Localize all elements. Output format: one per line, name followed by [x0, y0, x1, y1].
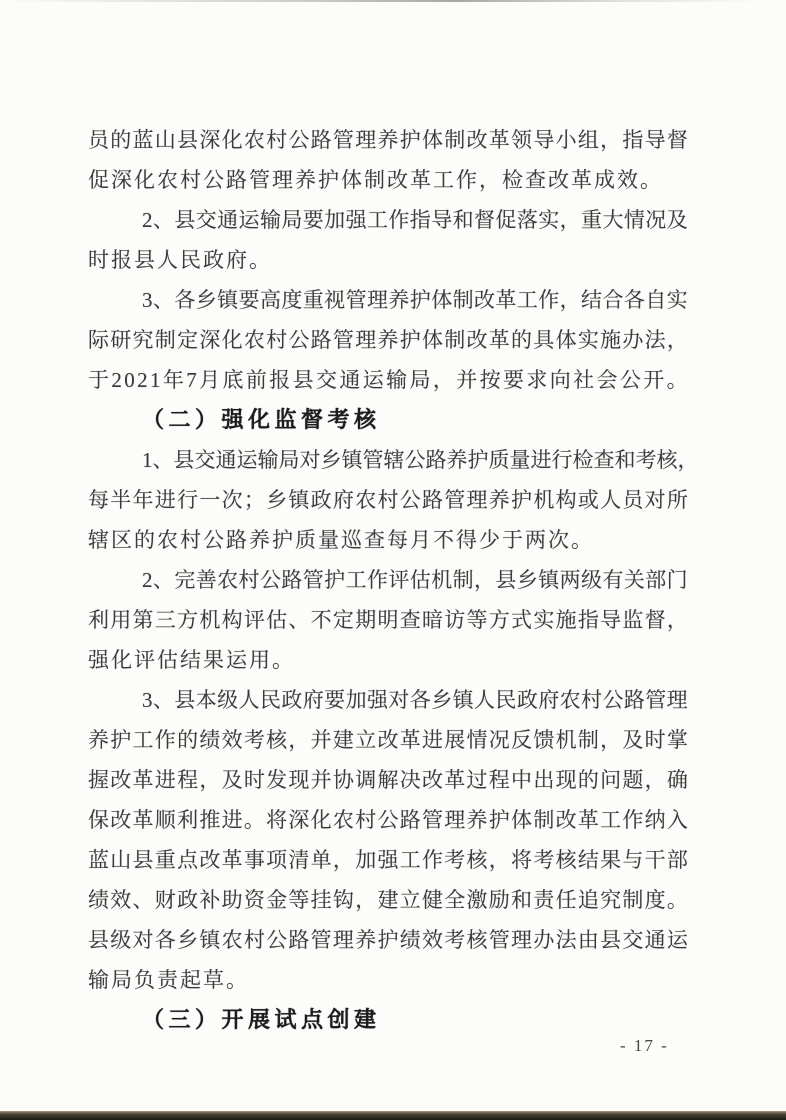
glyph: 出 [533, 760, 554, 800]
glyph: 评 [388, 560, 409, 600]
glyph: 交 [195, 440, 216, 480]
glyph: 进 [155, 480, 176, 520]
glyph: 改 [377, 720, 398, 760]
glyph: 公 [266, 920, 287, 960]
glyph: 情 [467, 720, 488, 760]
glyph: 路 [281, 560, 302, 600]
glyph: 核 [657, 440, 678, 480]
glyph: 输 [258, 440, 279, 480]
glyph: 、 [153, 680, 174, 720]
glyph: 强 [377, 840, 398, 880]
glyph: 公 [400, 480, 421, 520]
glyph: 乡 [431, 680, 452, 720]
glyph: 利 [88, 600, 109, 640]
glyph: 运 [239, 200, 260, 240]
glyph: 法 [556, 920, 577, 960]
glyph: 果 [600, 840, 621, 880]
glyph: 级 [217, 680, 238, 720]
glyph: 行 [552, 440, 573, 480]
glyph: 路 [288, 920, 309, 960]
document-body: 员的蓝山县深化农村公路管理养护体制改革领导小组，指导督促深化农村公路管理养护体制… [88, 120, 688, 1040]
text-line: 3、县本级人民政府要加强对各乡镇人民政府农村公路管理 [88, 680, 688, 720]
glyph: 3 [142, 680, 153, 720]
glyph: 农 [244, 320, 265, 360]
glyph: 善 [196, 560, 217, 600]
glyph: 加 [324, 200, 345, 240]
glyph: 考 [444, 840, 465, 880]
text-line: 2、完善农村公路管护工作评估机制，县乡镇两级有关部门 [88, 560, 688, 600]
glyph: 导 [431, 200, 452, 240]
glyph: 县 [495, 560, 516, 600]
glyph: 考 [244, 720, 265, 760]
glyph: 中 [511, 760, 532, 800]
glyph: ， [489, 840, 510, 880]
glyph: 制 [453, 280, 474, 320]
glyph: 农 [333, 800, 354, 840]
glyph: 2 [111, 360, 122, 400]
glyph: 管 [303, 560, 324, 600]
glyph: 化 [222, 120, 243, 160]
glyph: 工 [517, 280, 538, 320]
glyph: 机 [431, 560, 452, 600]
glyph: 要 [324, 680, 345, 720]
glyph: 人 [474, 680, 495, 720]
glyph: 的 [578, 760, 599, 800]
glyph: 导 [533, 120, 554, 160]
glyph: 管 [489, 920, 510, 960]
glyph: 现 [288, 760, 309, 800]
glyph: 推 [199, 800, 220, 840]
glyph: 、 [153, 440, 174, 480]
glyph: 机 [556, 720, 577, 760]
glyph: 制 [622, 880, 643, 920]
glyph: 办 [533, 920, 554, 960]
glyph: 对 [388, 680, 409, 720]
glyph: 对 [300, 440, 321, 480]
glyph: 明 [377, 600, 398, 640]
glyph: 理 [333, 920, 354, 960]
text-line: 员的蓝山县深化农村公路管理养护体制改革领导小组，指导督 [88, 120, 688, 160]
glyph: 利 [177, 800, 198, 840]
glyph: 管 [645, 680, 666, 720]
glyph: 度 [281, 280, 302, 320]
glyph: 路 [311, 120, 332, 160]
glyph: 方 [489, 600, 510, 640]
glyph: 管 [363, 440, 384, 480]
glyph: 府 [333, 480, 354, 520]
glyph: 护 [400, 320, 421, 360]
glyph: 的 [110, 120, 131, 160]
glyph: 政 [311, 480, 332, 520]
glyph: 指 [578, 600, 599, 640]
glyph: 府 [538, 680, 559, 720]
glyph: 养 [377, 320, 398, 360]
glyph: 究 [133, 320, 154, 360]
glyph: 领 [511, 120, 532, 160]
glyph: 作 [367, 560, 388, 600]
glyph: 理 [511, 920, 532, 960]
glyph: 、 [153, 280, 174, 320]
text-line: 蓝山县重点改革事项清单，加强工作考核，将考核结果与干部 [88, 840, 688, 880]
glyph: 体 [422, 120, 443, 160]
glyph: 时 [645, 720, 666, 760]
glyph: 化 [222, 320, 243, 360]
glyph: 员 [88, 120, 109, 160]
glyph: 辖 [384, 440, 405, 480]
glyph: 体 [556, 320, 577, 360]
text-line: 保改革顺利推进。将深化农村公路管理养护体制改革工作纳入 [88, 800, 688, 840]
glyph: 作 [622, 800, 643, 840]
text-line: 辖区的农村公路养护质量巡查每月不得少于两次。 [88, 520, 688, 560]
glyph: 革 [400, 720, 421, 760]
glyph: 人 [600, 480, 621, 520]
glyph: 式 [511, 600, 532, 640]
glyph: 蓝 [88, 840, 109, 880]
glyph: 体 [422, 320, 443, 360]
glyph: 馈 [533, 720, 554, 760]
glyph: 理 [467, 480, 488, 520]
glyph: 改 [422, 760, 443, 800]
glyph: 公 [405, 440, 426, 480]
glyph: 绩 [199, 720, 220, 760]
glyph: 政 [281, 680, 302, 720]
glyph: 反 [511, 720, 532, 760]
glyph: 况 [645, 200, 666, 240]
glyph: 暗 [422, 600, 443, 640]
glyph: 入 [667, 800, 688, 840]
glyph: 导 [645, 120, 666, 160]
page-number: - 17 - [620, 1036, 669, 1056]
glyph: 养 [447, 440, 468, 480]
glyph: 民 [495, 680, 516, 720]
glyph: 重 [303, 280, 324, 320]
glyph: 强 [367, 680, 388, 720]
glyph: 革 [578, 800, 599, 840]
glyph: 县 [177, 120, 198, 160]
glyph: 改 [467, 120, 488, 160]
text-line: 2、县交通运输局要加强工作指导和督促落实，重大情况及 [88, 200, 688, 240]
glyph: 求 [526, 360, 547, 400]
glyph: ， [667, 600, 688, 640]
glyph: 实 [578, 320, 599, 360]
glyph: 养 [467, 800, 488, 840]
glyph: 革 [495, 280, 516, 320]
glyph: 研 [110, 320, 131, 360]
glyph: 将 [511, 840, 532, 880]
text-line: 养护工作的绩效考核，并建立改革进展情况反馈机制，及时掌 [88, 720, 688, 760]
text-line: 于2021年7月底前报县交通运输局，并按要求向社会公开。 [88, 360, 688, 400]
glyph: 督 [667, 120, 688, 160]
glyph: 农 [217, 560, 238, 600]
glyph: 护 [511, 480, 532, 520]
glyph: 对 [645, 480, 666, 520]
glyph: 人 [239, 680, 260, 720]
glyph: ， [645, 760, 666, 800]
glyph: 和 [615, 440, 636, 480]
glyph: 督 [645, 600, 666, 640]
glyph: 村 [581, 680, 602, 720]
glyph: 护 [110, 720, 131, 760]
glyph: 或 [578, 480, 599, 520]
glyph: 估 [266, 600, 287, 640]
glyph: 乡 [321, 440, 342, 480]
glyph: 路 [422, 480, 443, 520]
text-line: 3、各乡镇要高度重视管理养护体制改革工作，结合各自实 [88, 280, 688, 320]
glyph: ， [678, 440, 699, 480]
text-line: 强化评估结果运用。 [88, 640, 688, 680]
glyph: 有 [602, 560, 623, 600]
glyph: 结 [578, 840, 599, 880]
glyph: 导 [600, 600, 621, 640]
glyph: 通 [217, 200, 238, 240]
glyph: 管 [346, 280, 367, 320]
glyph: ， [474, 560, 495, 600]
scan-edge-top [0, 0, 786, 2]
glyph: 绩 [400, 920, 421, 960]
glyph: 革 [444, 760, 465, 800]
glyph: 对 [133, 920, 154, 960]
glyph: 究 [600, 880, 621, 920]
glyph: 按 [480, 360, 501, 400]
glyph: 农 [355, 480, 376, 520]
glyph: 镇 [453, 680, 474, 720]
glyph: 自 [645, 280, 666, 320]
glyph: 三 [155, 600, 176, 640]
glyph: 工 [600, 800, 621, 840]
glyph: 加 [355, 840, 376, 880]
glyph: 开 [643, 360, 664, 400]
glyph: 确 [667, 760, 688, 800]
glyph: 。 [667, 880, 688, 920]
glyph: 改 [556, 800, 577, 840]
glyph: 县 [174, 440, 195, 480]
glyph: 指 [622, 120, 643, 160]
glyph: ， [600, 720, 621, 760]
glyph: 底 [223, 360, 244, 400]
glyph: 府 [303, 680, 324, 720]
glyph: 际 [88, 320, 109, 360]
glyph: 路 [400, 800, 421, 840]
glyph: 质 [489, 440, 510, 480]
glyph: 要 [503, 360, 524, 400]
glyph: 责 [533, 880, 554, 920]
glyph: 事 [244, 840, 265, 880]
glyph: 实 [533, 600, 554, 640]
glyph: 查 [400, 600, 421, 640]
glyph: 挂 [311, 880, 332, 920]
glyph: 养 [88, 720, 109, 760]
glyph: 机 [533, 480, 554, 520]
glyph: 构 [556, 480, 577, 520]
glyph: 理 [355, 120, 376, 160]
glyph: 促 [495, 200, 516, 240]
glyph: 革 [489, 120, 510, 160]
glyph: 金 [266, 880, 287, 920]
glyph: 的 [177, 720, 198, 760]
glyph: 革 [222, 840, 243, 880]
glyph: 运 [237, 440, 258, 480]
glyph: 指 [410, 200, 431, 240]
glyph: 并 [311, 760, 332, 800]
glyph: 助 [222, 880, 243, 920]
glyph: 管 [311, 920, 332, 960]
glyph: 乡 [266, 480, 287, 520]
glyph: ， [560, 200, 581, 240]
glyph: 制 [578, 720, 599, 760]
glyph: 进 [531, 440, 552, 480]
glyph: 工 [367, 200, 388, 240]
glyph: 和 [453, 200, 474, 240]
glyph: 交 [622, 920, 643, 960]
glyph: 制 [155, 320, 176, 360]
section-heading: （三）开展试点创建 [88, 1000, 688, 1040]
glyph: ， [199, 760, 220, 800]
glyph: 乡 [196, 280, 217, 320]
glyph: 顺 [155, 800, 176, 840]
glyph: 每 [88, 480, 109, 520]
glyph: 效 [110, 880, 131, 920]
glyph: 关 [624, 560, 645, 600]
glyph: 并 [311, 720, 332, 760]
glyph: 励 [489, 880, 510, 920]
glyph: 作 [388, 200, 409, 240]
glyph: 工 [133, 720, 154, 760]
glyph: 体 [511, 800, 532, 840]
glyph: 制 [444, 320, 465, 360]
glyph: 部 [667, 840, 688, 880]
glyph: 访 [444, 600, 465, 640]
glyph: ， [333, 840, 354, 880]
glyph: 、 [288, 600, 309, 640]
glyph: 所 [667, 480, 688, 520]
glyph: 改 [467, 320, 488, 360]
glyph: 完 [174, 560, 195, 600]
glyph: 两 [560, 560, 581, 600]
glyph: 立 [400, 880, 421, 920]
glyph: 时 [244, 760, 265, 800]
glyph: 实 [538, 200, 559, 240]
glyph: 等 [467, 600, 488, 640]
glyph: 清 [288, 840, 309, 880]
glyph: 改 [199, 840, 220, 880]
glyph: 及 [622, 720, 643, 760]
glyph: 度 [645, 880, 666, 920]
glyph: 路 [624, 680, 645, 720]
glyph: 方 [177, 600, 198, 640]
glyph: ， [288, 720, 309, 760]
glyph: 。 [244, 800, 265, 840]
glyph: 定 [177, 320, 198, 360]
glyph: 强 [346, 200, 367, 240]
glyph: 组 [578, 120, 599, 160]
glyph: ， [433, 360, 454, 400]
glyph: 展 [444, 720, 465, 760]
glyph: ， [600, 120, 621, 160]
glyph: 护 [410, 280, 431, 320]
glyph: 估 [410, 560, 431, 600]
glyph: 进 [422, 720, 443, 760]
glyph: 重 [155, 840, 176, 880]
glyph: 公 [377, 800, 398, 840]
glyph: 加 [346, 680, 367, 720]
glyph: 县 [133, 840, 154, 880]
glyph: 镇 [288, 480, 309, 520]
glyph: 补 [199, 880, 220, 920]
glyph: ； [244, 480, 265, 520]
glyph: 护 [468, 440, 489, 480]
glyph: 制 [444, 120, 465, 160]
glyph: 大 [602, 200, 623, 240]
glyph: 理 [355, 320, 376, 360]
glyph: 县 [88, 920, 109, 960]
glyph: 决 [400, 760, 421, 800]
glyph: 输 [260, 200, 281, 240]
glyph: 各 [174, 280, 195, 320]
glyph: 体 [431, 280, 452, 320]
glyph: 县 [600, 920, 621, 960]
glyph: 村 [266, 120, 287, 160]
glyph: 施 [600, 320, 621, 360]
glyph: 革 [489, 320, 510, 360]
glyph: 单 [311, 840, 332, 880]
glyph: 制 [533, 800, 554, 840]
glyph: 财 [155, 880, 176, 920]
text-line: 时报县人民政府。 [88, 240, 688, 280]
glyph: 小 [556, 120, 577, 160]
text-line: 利用第三方机构评估、不定期明查暗访等方式实施指导监督， [88, 600, 688, 640]
glyph: 次 [222, 480, 243, 520]
glyph: 、 [133, 880, 154, 920]
glyph: 高 [260, 280, 281, 320]
glyph: 镇 [538, 560, 559, 600]
glyph: 公 [288, 320, 309, 360]
glyph: 由 [578, 920, 599, 960]
glyph: 制 [453, 560, 474, 600]
glyph: 社 [573, 360, 594, 400]
glyph: 作 [538, 280, 559, 320]
glyph: 点 [177, 840, 198, 880]
glyph: 现 [556, 760, 577, 800]
glyph: 公 [620, 360, 641, 400]
glyph: 0 [124, 360, 135, 400]
glyph: 、 [153, 200, 174, 240]
glyph: 核 [556, 840, 577, 880]
glyph: 要 [303, 200, 324, 240]
glyph: 掌 [667, 720, 688, 760]
glyph: 行 [177, 480, 198, 520]
glyph: 级 [581, 560, 602, 600]
glyph: 改 [110, 800, 131, 840]
glyph: 革 [133, 800, 154, 840]
glyph: 绩 [88, 880, 109, 920]
scan-edge-bottom [0, 1111, 786, 1120]
glyph: 定 [333, 600, 354, 640]
glyph: 程 [177, 760, 198, 800]
glyph: 查 [594, 440, 615, 480]
glyph: 及 [667, 200, 688, 240]
glyph: 一 [199, 480, 220, 520]
glyph: 任 [556, 880, 577, 920]
glyph: 村 [377, 480, 398, 520]
glyph: 镇 [199, 920, 220, 960]
glyph: 项 [266, 840, 287, 880]
glyph: 会 [597, 360, 618, 400]
glyph: 况 [489, 720, 510, 760]
glyph: 重 [581, 200, 602, 240]
glyph: 农 [244, 120, 265, 160]
glyph: 报 [269, 360, 290, 400]
glyph: 前 [246, 360, 267, 400]
